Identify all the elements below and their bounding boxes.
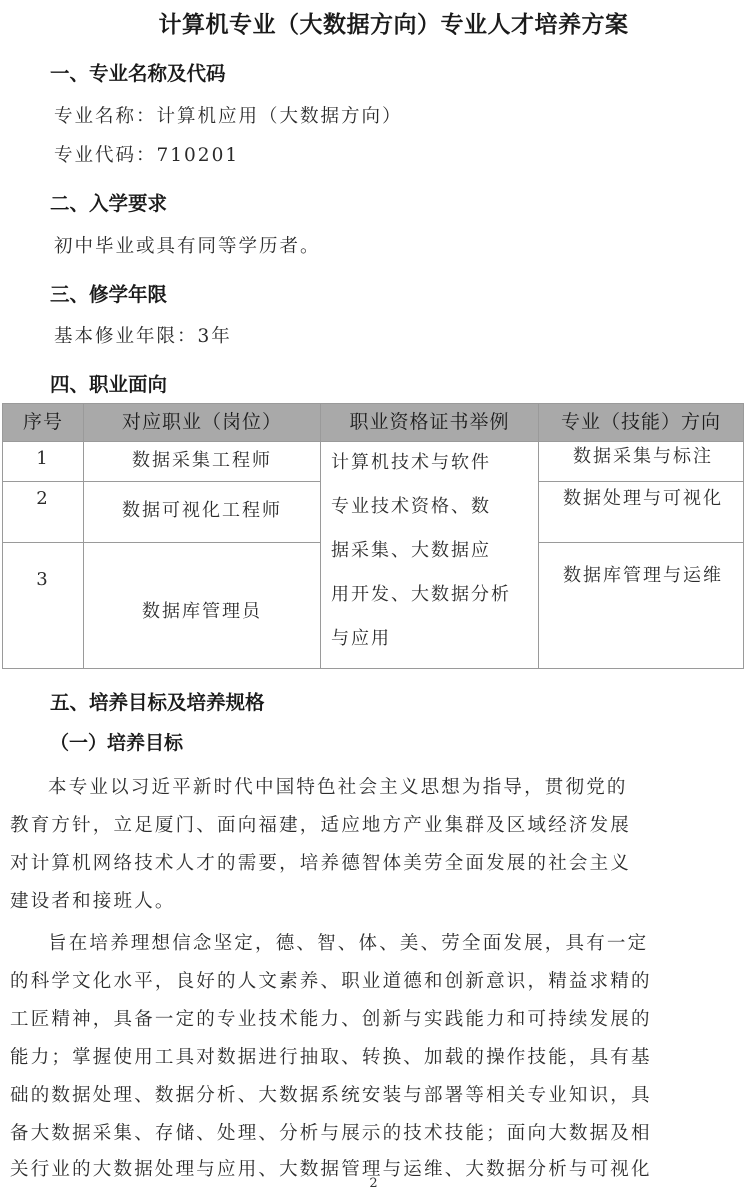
certificate-examples-cell: 计算机技术与软件 专业技术资格、数 据采集、大数据应 用开发、大数据分析 与应用	[321, 442, 539, 669]
section-heading-major-name-code: 一、专业名称及代码	[50, 58, 226, 86]
row-occupation: 数据可视化工程师	[84, 481, 321, 542]
row-direction: 数据处理与可视化	[539, 481, 744, 542]
section-heading-career-orientation: 四、职业面向	[50, 369, 167, 397]
study-duration-line: 基本修业年限：3年	[54, 322, 232, 348]
certificate-line: 计算机技术与软件	[331, 448, 530, 492]
header-certificate-examples: 职业资格证书举例	[321, 404, 539, 442]
certificate-line: 与应用	[331, 624, 530, 668]
paragraph-line: 教育方针，立足厦门、面向福建，适应地方产业集群及区域经济发展	[10, 811, 631, 837]
paragraph-line: 建设者和接班人。	[10, 887, 176, 913]
header-serial-number: 序号	[3, 404, 84, 442]
section-heading-training-objectives: 五、培养目标及培养规格	[50, 687, 265, 715]
certificate-line: 用开发、大数据分析	[331, 580, 530, 624]
paragraph-line: 础的数据处理、数据分析、大数据系统安装与部署等相关专业知识，具	[10, 1081, 652, 1107]
paragraph-line: 备大数据采集、存储、处理、分析与展示的技术技能；面向大数据及相	[10, 1119, 652, 1145]
paragraph-line: 对计算机网络技术人才的需要，培养德智体美劳全面发展的社会主义	[10, 849, 631, 875]
certificate-line: 专业技术资格、数	[331, 492, 530, 536]
paragraph-line: 能力；掌握使用工具对数据进行抽取、转换、加载的操作技能，具有基	[10, 1043, 652, 1069]
header-occupation: 对应职业（岗位）	[84, 404, 321, 442]
paragraph-line: 工匠精神，具备一定的专业技术能力、创新与实践能力和可持续发展的	[10, 1005, 652, 1031]
career-orientation-table: 序号 对应职业（岗位） 职业资格证书举例 专业（技能）方向 1 数据采集工程师 …	[2, 403, 744, 669]
certificate-line: 据采集、大数据应	[331, 536, 530, 580]
row-number: 2	[3, 481, 84, 542]
row-occupation: 数据库管理员	[84, 542, 321, 668]
row-occupation: 数据采集工程师	[84, 442, 321, 482]
header-skill-direction: 专业（技能）方向	[539, 404, 744, 442]
paragraph-line: 旨在培养理想信念坚定，德、智、体、美、劳全面发展，具有一定	[48, 929, 648, 955]
document-title: 计算机专业（大数据方向）专业人才培养方案	[0, 6, 747, 39]
row-number: 3	[3, 542, 84, 668]
row-direction: 数据采集与标注	[539, 442, 744, 482]
subsection-heading-training-goal: （一）培养目标	[50, 728, 183, 755]
major-name-line: 专业名称：计算机应用（大数据方向）	[54, 102, 403, 128]
section-heading-admission: 二、入学要求	[50, 188, 167, 216]
table-header-row: 序号 对应职业（岗位） 职业资格证书举例 专业（技能）方向	[3, 404, 744, 442]
row-direction: 数据库管理与运维	[539, 542, 744, 668]
page-number: 2	[0, 1176, 747, 1191]
paragraph-line: 的科学文化水平，良好的人文素养、职业道德和创新意识，精益求精的	[10, 967, 652, 993]
major-code-line: 专业代码：710201	[54, 141, 239, 167]
paragraph-line: 本专业以习近平新时代中国特色社会主义思想为指导，贯彻党的	[48, 773, 628, 799]
table-row: 1 数据采集工程师 计算机技术与软件 专业技术资格、数 据采集、大数据应 用开发…	[3, 442, 744, 482]
row-number: 1	[3, 442, 84, 482]
admission-requirement-line: 初中毕业或具有同等学历者。	[54, 232, 321, 258]
section-heading-study-duration: 三、修学年限	[50, 279, 167, 307]
